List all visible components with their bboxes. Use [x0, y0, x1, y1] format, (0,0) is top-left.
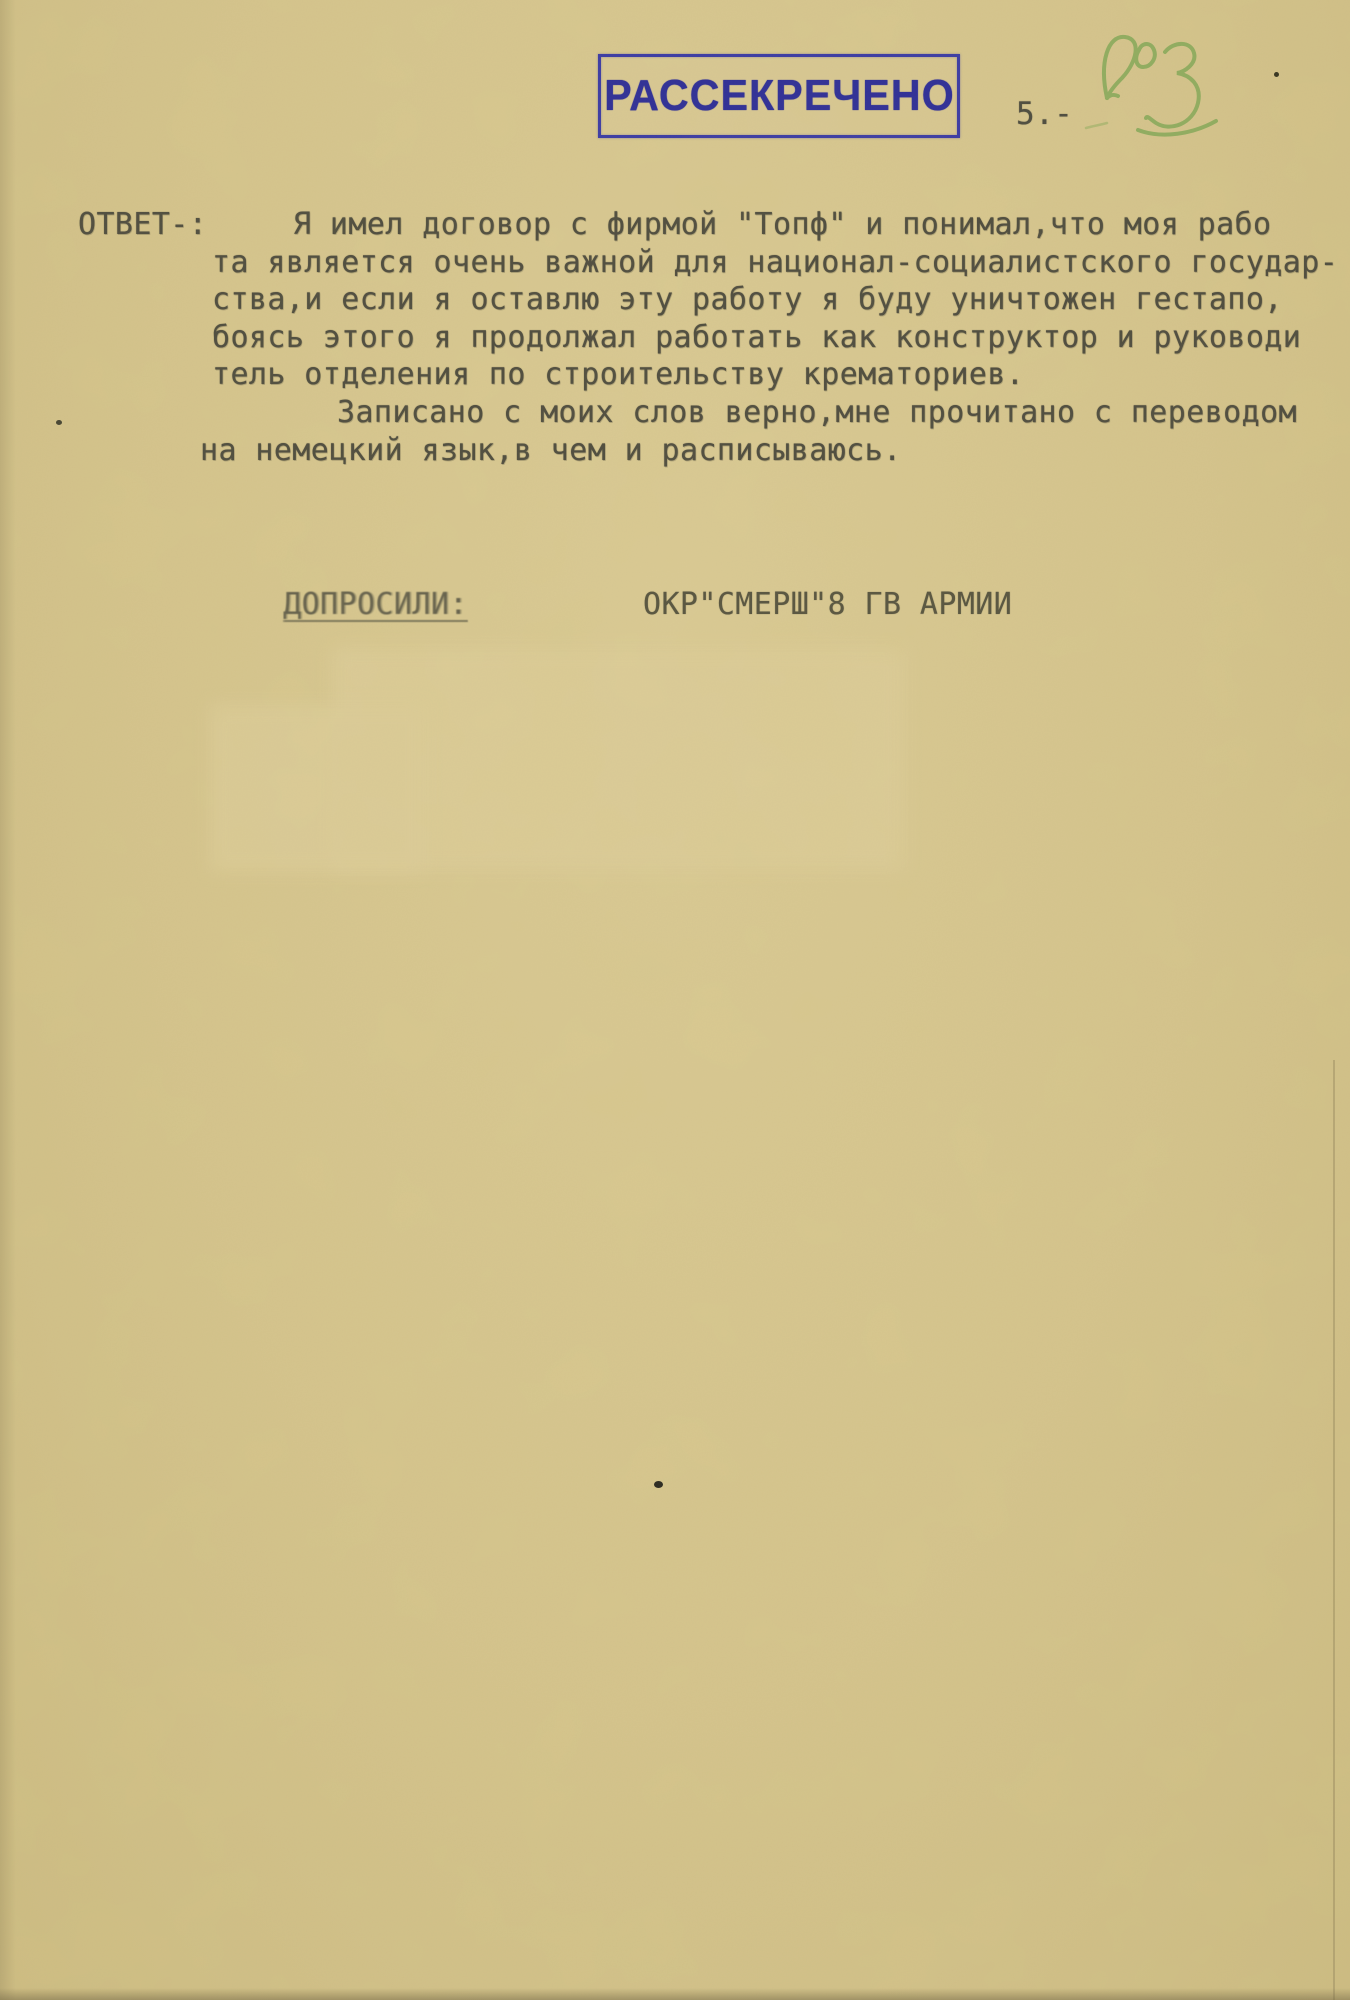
answer-paragraph: Я имел договор с фирмой "Топф" и понимал…: [212, 206, 1338, 394]
typewritten-line: та является очень важной для национал-со…: [212, 244, 1338, 282]
erased-area: [210, 704, 425, 872]
typewritten-line: ства,и если я оставлю эту работу я буду …: [212, 281, 1338, 319]
ink-speck: [654, 1481, 663, 1488]
scanned-document-page: РАССЕКРЕЧЕНО 5.- 203 ОТВЕТ-: Я имел дого…: [0, 0, 1350, 2000]
handwritten-archive-number: 203: [1050, 10, 1300, 170]
paper-edge-shading: [0, 1988, 1350, 2000]
typewritten-line: боясь этого я продолжал работать как кон…: [212, 319, 1338, 357]
paper-fold-line: [1333, 1060, 1335, 2000]
ink-speck: [56, 420, 62, 425]
answer-label: ОТВЕТ-:: [78, 206, 207, 244]
typewritten-line: на немецкий язык,в чем и расписываюсь.: [200, 432, 1297, 470]
interrogators-label: ДОПРОСИЛИ:: [283, 586, 468, 624]
typewritten-line: тель отделения по строительству крематор…: [212, 356, 1338, 394]
declassified-stamp-label: РАССЕКРЕЧЕНО: [604, 71, 955, 121]
handwriting-strokes: [1050, 10, 1300, 170]
smersh-unit-label: ОКР"СМЕРШ"8 ГВ АРМИИ: [643, 586, 1012, 624]
typewritten-line: Я имел договор с фирмой "Топф" и понимал…: [212, 206, 1338, 244]
paper-edge-shading: [0, 0, 16, 2000]
ink-speck: [1274, 72, 1279, 77]
declassified-stamp: РАССЕКРЕЧЕНО: [598, 54, 960, 138]
typewritten-line: Записано с моих слов верно,мне прочитано…: [200, 394, 1297, 432]
certification-paragraph: Записано с моих слов верно,мне прочитано…: [200, 394, 1297, 469]
